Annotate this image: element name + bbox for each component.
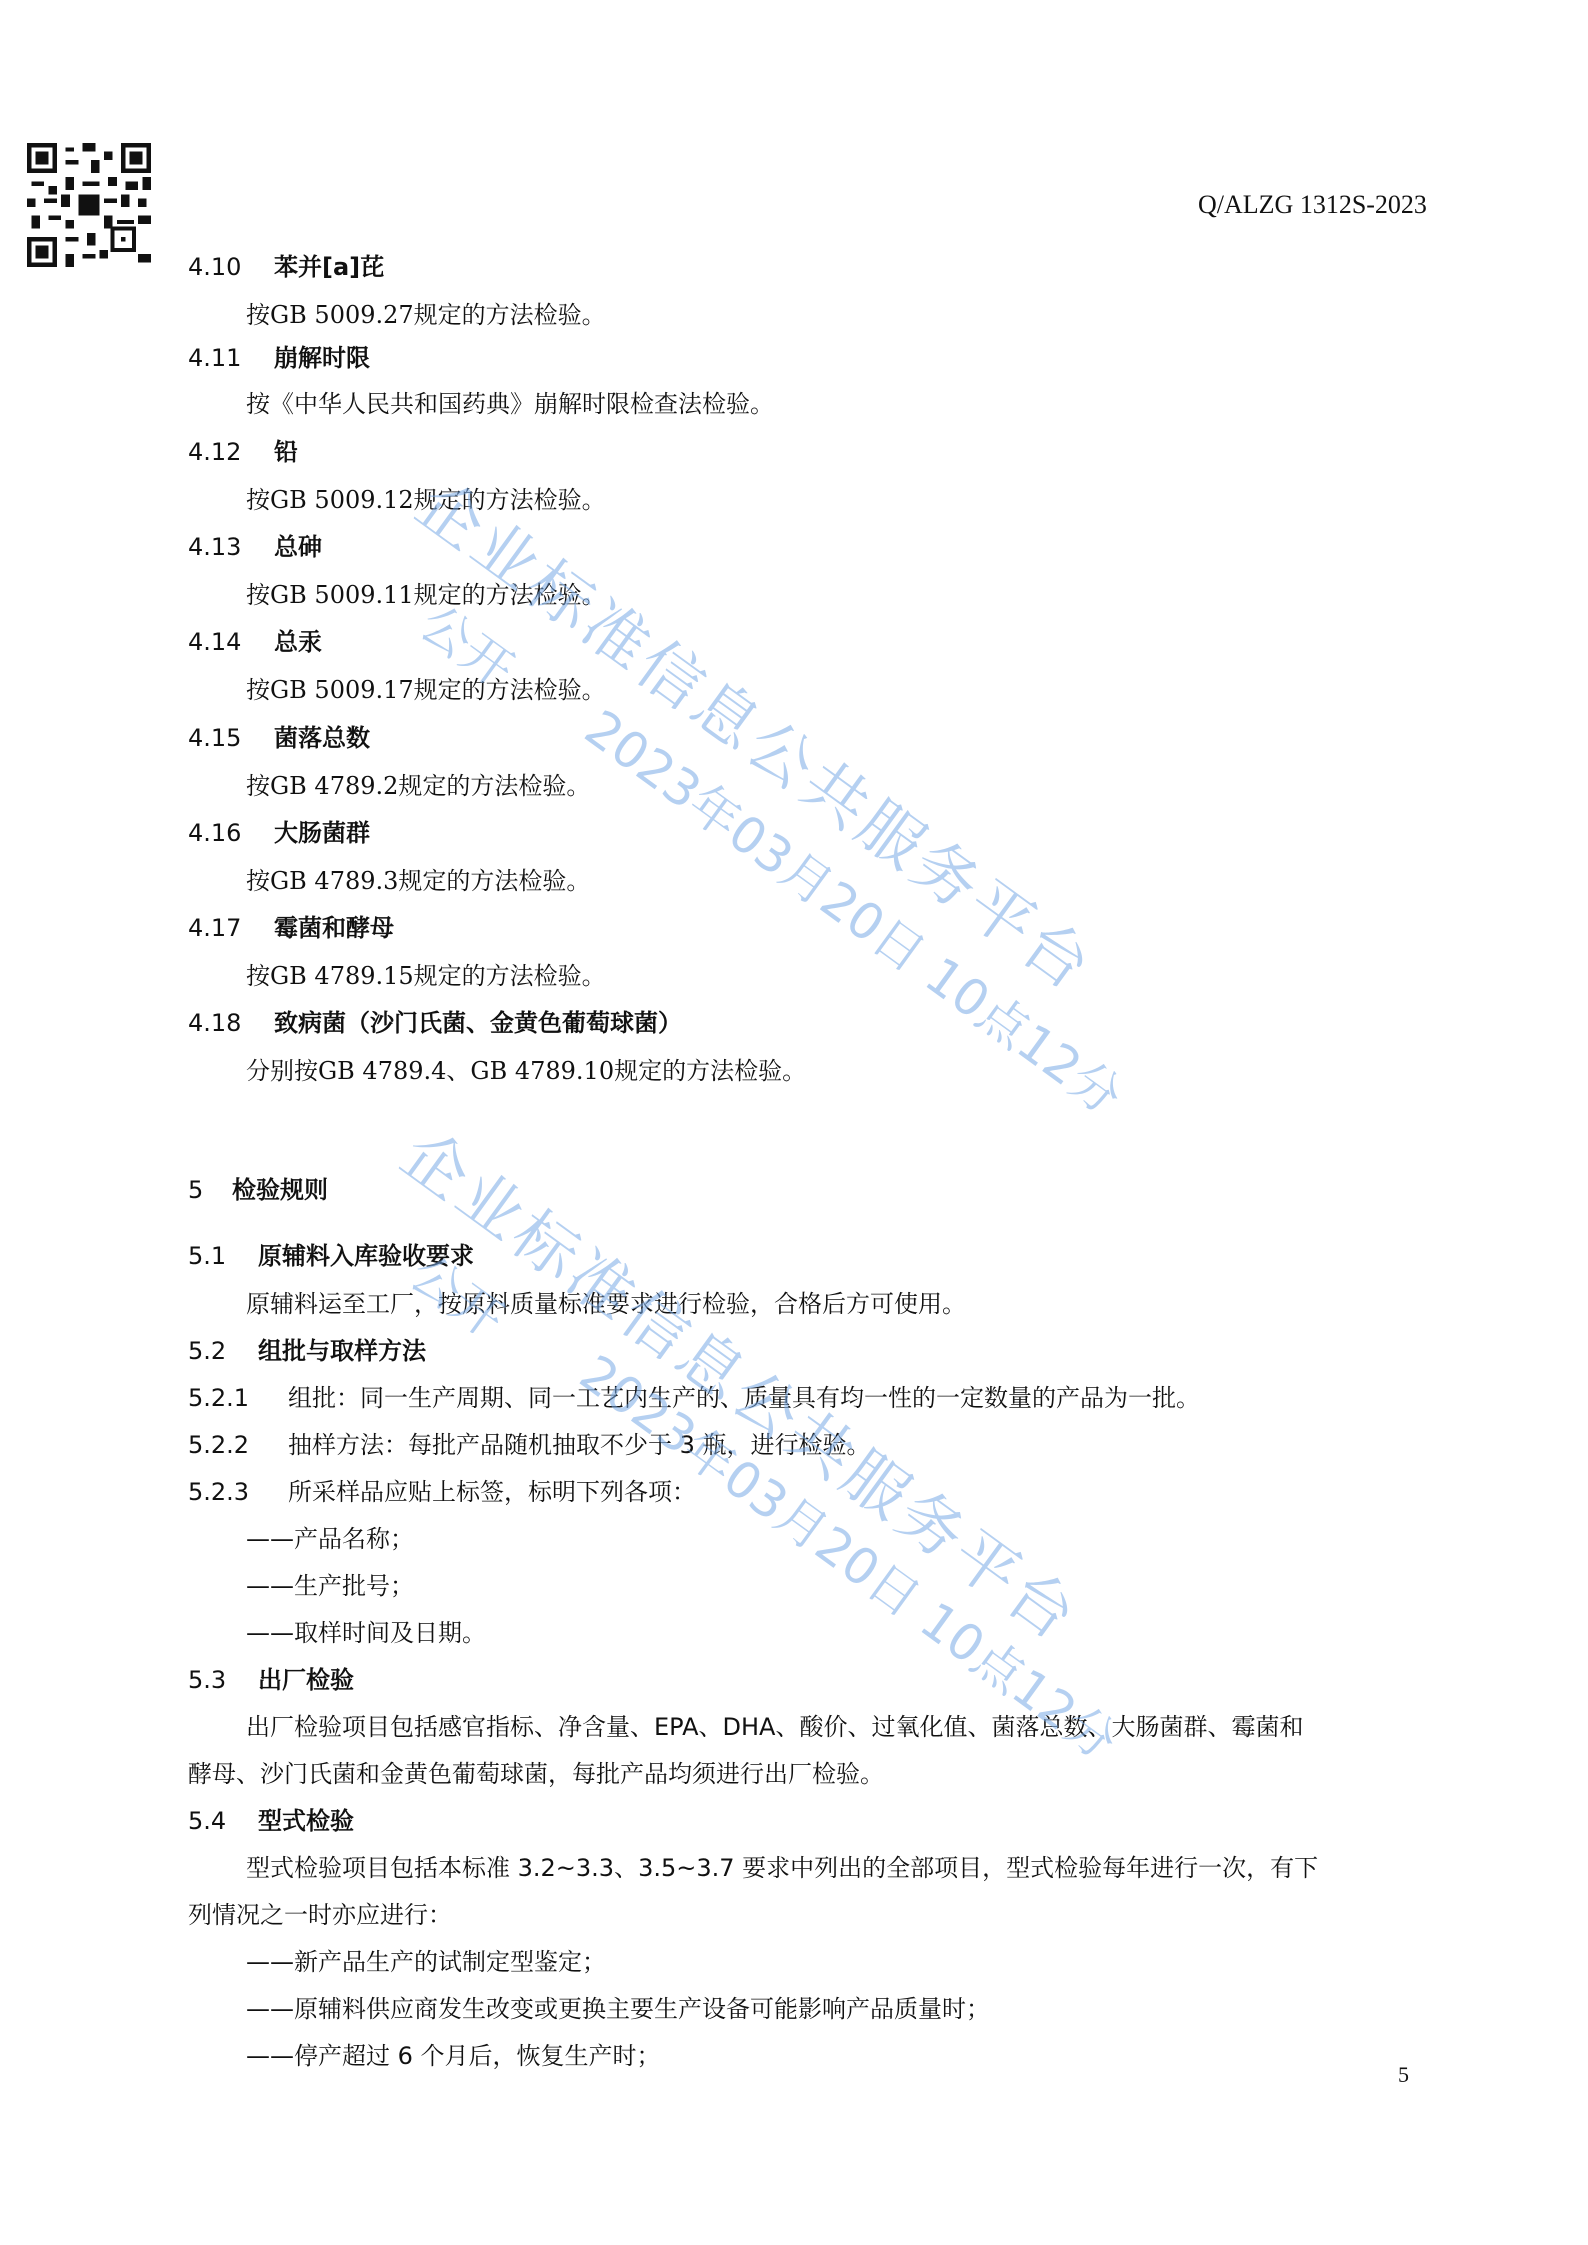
section-title: 组批与取样方法 (258, 1337, 426, 1365)
clause-number: 5.2.1 (188, 1384, 288, 1412)
list-item: ——停产超过 6 个月后，恢复生产时； (246, 2036, 661, 2071)
section-title: 总砷 (274, 533, 322, 561)
clause-5-2-3: 5.2.3所采样品应贴上标签，标明下列各项： (188, 1472, 696, 1507)
clause-number: 5.2.3 (188, 1478, 288, 1506)
section-number: 5.2 (188, 1337, 258, 1365)
clause-number: 5.2.2 (188, 1431, 288, 1459)
section-heading-4-16: 4.16大肠菌群 (188, 813, 370, 848)
section-number: 4.12 (188, 438, 274, 466)
section-number: 5.3 (188, 1666, 258, 1694)
section-title: 崩解时限 (274, 344, 370, 372)
section-body: 分别按GB 4789.4、GB 4789.10规定的方法检验。 (246, 1051, 806, 1086)
section-title: 总汞 (274, 628, 322, 656)
document-code: Q/ALZG 1312S-2023 (1198, 190, 1427, 220)
section-heading-4-11: 4.11崩解时限 (188, 338, 370, 373)
section-number: 4.15 (188, 724, 274, 752)
section-heading-5-3: 5.3出厂检验 (188, 1660, 354, 1695)
section-number: 4.14 (188, 628, 274, 656)
section-body: 酵母、沙门氏菌和金黄色葡萄球菌，每批产品均须进行出厂检验。 (188, 1754, 884, 1789)
section-title: 型式检验 (258, 1807, 354, 1835)
section-heading-4-15: 4.15菌落总数 (188, 718, 370, 753)
section-body: 出厂检验项目包括感官指标、净含量、EPA、DHA、酸价、过氧化值、菌落总数、大肠… (246, 1707, 1303, 1742)
section-title: 致病菌（沙门氏菌、金黄色葡萄球菌） (274, 1009, 682, 1037)
section-body: 按GB 4789.2规定的方法检验。 (246, 766, 590, 801)
section-number: 5.4 (188, 1807, 258, 1835)
section-number: 4.17 (188, 914, 274, 942)
chapter-heading-5: 5检验规则 (188, 1170, 328, 1205)
section-heading-5-4: 5.4型式检验 (188, 1801, 354, 1836)
clause-text: 所采样品应贴上标签，标明下列各项： (288, 1478, 696, 1506)
clause-5-2-2: 5.2.2抽样方法：每批产品随机抽取不少于 3 瓶，进行检验。 (188, 1425, 871, 1460)
list-item: ——新产品生产的试制定型鉴定； (246, 1942, 606, 1977)
section-heading-4-12: 4.12铅 (188, 432, 298, 467)
section-number: 4.11 (188, 344, 274, 372)
watermark-text: 企业标准信息公共服务平台 (401, 455, 1115, 1009)
section-heading-4-10: 4.10苯并[a]芘 (188, 247, 384, 282)
section-title: 霉菌和酵母 (274, 914, 394, 942)
section-number: 4.16 (188, 819, 274, 847)
list-item: ——取样时间及日期。 (246, 1613, 486, 1648)
list-item: ——产品名称； (246, 1519, 414, 1554)
section-title: 菌落总数 (274, 724, 370, 752)
section-title: 苯并[a]芘 (274, 253, 384, 281)
qr-code-icon (27, 143, 151, 267)
section-body: 按GB 5009.12规定的方法检验。 (246, 480, 606, 515)
section-body: 列情况之一时亦应进行： (188, 1895, 452, 1930)
section-heading-5-2: 5.2组批与取样方法 (188, 1331, 426, 1366)
section-title: 出厂检验 (258, 1666, 354, 1694)
chapter-title: 检验规则 (232, 1176, 328, 1204)
section-title: 原辅料入库验收要求 (258, 1242, 474, 1270)
section-number: 4.13 (188, 533, 274, 561)
section-title: 铅 (274, 438, 298, 466)
section-body: 按GB 4789.3规定的方法检验。 (246, 861, 590, 896)
section-number: 5.1 (188, 1242, 258, 1270)
section-heading-4-17: 4.17霉菌和酵母 (188, 908, 394, 943)
section-body: 按GB 4789.15规定的方法检验。 (246, 956, 606, 991)
section-number: 4.10 (188, 253, 274, 281)
clause-text: 组批：同一生产周期、同一工艺内生产的、质量具有均一性的一定数量的产品为一批。 (288, 1384, 1200, 1412)
section-heading-4-13: 4.13总砷 (188, 527, 322, 562)
section-body: 按GB 5009.27规定的方法检验。 (246, 295, 606, 330)
chapter-number: 5 (188, 1176, 232, 1204)
clause-5-2-1: 5.2.1组批：同一生产周期、同一工艺内生产的、质量具有均一性的一定数量的产品为… (188, 1378, 1200, 1413)
section-body: 原辅料运至工厂，按原料质量标准要求进行检验，合格后方可使用。 (246, 1284, 966, 1319)
list-item: ——生产批号； (246, 1566, 414, 1601)
section-title: 大肠菌群 (274, 819, 370, 847)
list-item: ——原辅料供应商发生改变或更换主要生产设备可能影响产品质量时； (246, 1989, 990, 2024)
section-body: 按《中华人民共和国药典》崩解时限检查法检验。 (246, 384, 774, 419)
clause-text: 抽样方法：每批产品随机抽取不少于 3 瓶，进行检验。 (288, 1431, 871, 1459)
section-body: 按GB 5009.11规定的方法检验。 (246, 575, 606, 610)
section-body: 型式检验项目包括本标准 3.2~3.3、3.5~3.7 要求中列出的全部项目，型… (246, 1848, 1318, 1883)
section-heading-4-14: 4.14总汞 (188, 622, 322, 657)
section-heading-4-18: 4.18致病菌（沙门氏菌、金黄色葡萄球菌） (188, 1003, 682, 1038)
section-number: 4.18 (188, 1009, 274, 1037)
section-heading-5-1: 5.1原辅料入库验收要求 (188, 1236, 474, 1271)
page-number: 5 (1398, 2062, 1409, 2088)
section-body: 按GB 5009.17规定的方法检验。 (246, 670, 606, 705)
